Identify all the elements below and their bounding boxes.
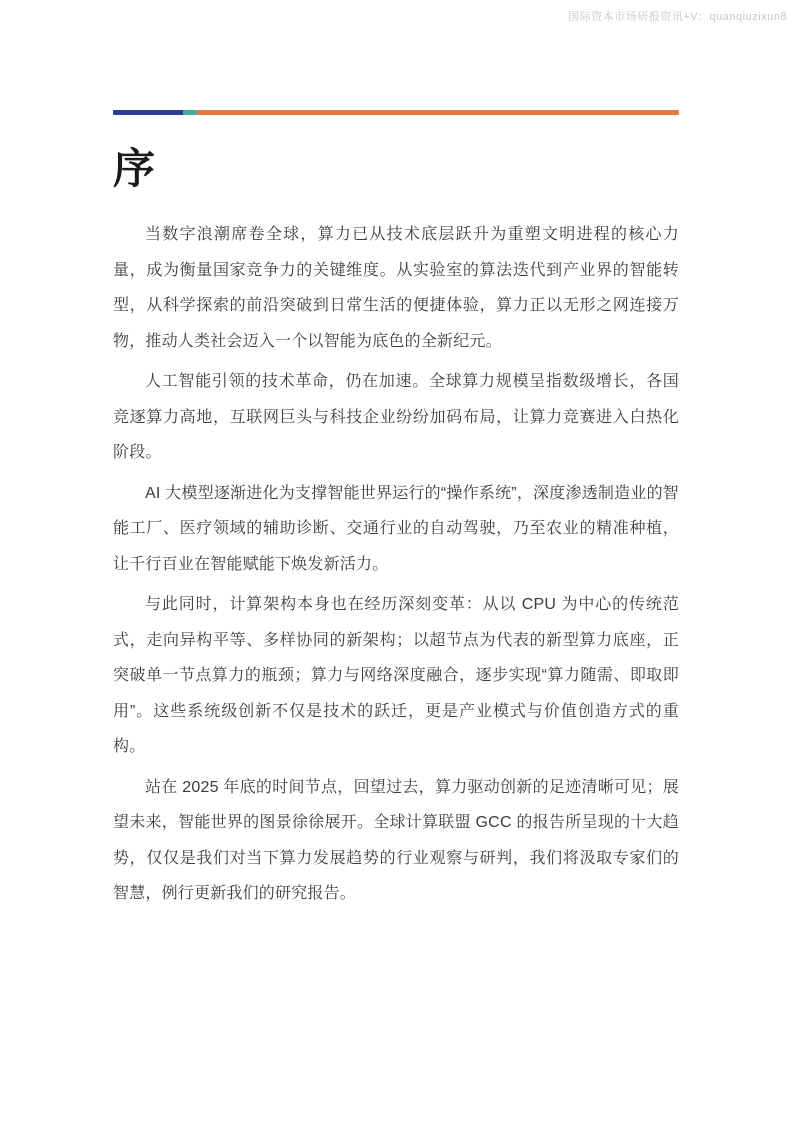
accent-bar-segment-teal bbox=[183, 110, 197, 115]
preface-body: 当数字浪潮席卷全球，算力已从技术底层跃升为重塑文明进程的核心力量，成为衡量国家竞… bbox=[113, 217, 679, 912]
accent-bar bbox=[113, 110, 679, 115]
page-content: 序 当数字浪潮席卷全球，算力已从技术底层跃升为重塑文明进程的核心力量，成为衡量国… bbox=[113, 110, 679, 917]
paragraph: 当数字浪潮席卷全球，算力已从技术底层跃升为重塑文明进程的核心力量，成为衡量国家竞… bbox=[113, 217, 679, 359]
paragraph: 站在 2025 年底的时间节点，回望过去，算力驱动创新的足迹清晰可见；展望未来，… bbox=[113, 770, 679, 912]
page-title: 序 bbox=[113, 145, 679, 193]
accent-bar-segment-blue bbox=[113, 110, 183, 115]
paragraph: 人工智能引领的技术革命，仍在加速。全球算力规模呈指数级增长，各国竞逐算力高地，互… bbox=[113, 364, 679, 471]
accent-bar-segment-orange bbox=[197, 110, 679, 115]
watermark: 国际资本市场研报资讯+V：quanqiuzixun8 bbox=[568, 8, 787, 24]
paragraph: AI 大模型逐渐进化为支撑智能世界运行的“操作系统”，深度渗透制造业的智能工厂、… bbox=[113, 476, 679, 583]
paragraph: 与此同时，计算架构本身也在经历深刻变革：从以 CPU 为中心的传统范式，走向异构… bbox=[113, 587, 679, 765]
